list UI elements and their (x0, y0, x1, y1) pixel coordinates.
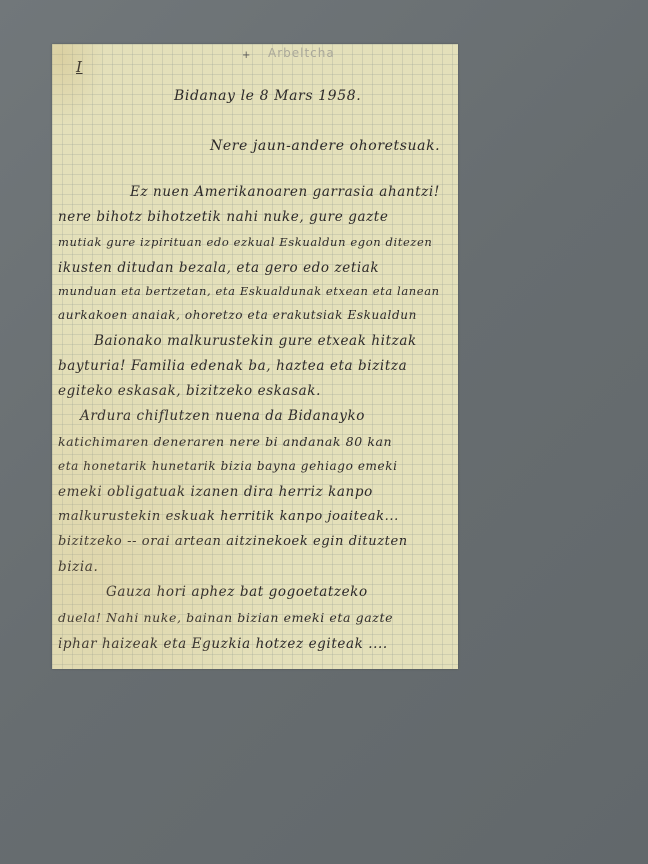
letter-line: eta honetarik hunetarik bizia bayna gehi… (58, 459, 398, 473)
letter-line: bizia. (58, 559, 98, 575)
letter-line: Ardura chiflutzen nuena da Bidanayko (80, 408, 365, 424)
letter-line: egiteko eskasak, bizitzeko eskasak. (58, 383, 321, 399)
letter-line: bayturia! Familia edenak ba, haztea eta … (58, 358, 407, 374)
letter-line: emeki obligatuak izanen dira herriz kanp… (58, 484, 373, 500)
letter-line: Gauza hori aphez bat gogoetatzeko (106, 584, 368, 600)
letter-line: aurkakoen anaiak, ohoretzo eta erakutsia… (58, 308, 417, 322)
letter-salutation: Nere jaun-andere ohoretsuak. (210, 138, 440, 154)
handwritten-letter-page: I + Arbeltcha Bidanay le 8 Mars 1958. Ne… (52, 44, 458, 669)
pencil-annotation: Arbeltcha (268, 46, 335, 60)
letter-line: bizitzeko -- orai artean aitzinekoek egi… (58, 534, 408, 549)
letter-line: iphar haizeak eta Eguzkia hotzez egiteak… (58, 636, 388, 652)
letter-line: nere bihotz bihotzetik nahi nuke, gure g… (58, 209, 388, 225)
pencil-cross-mark: + (242, 50, 251, 61)
letter-line: ikusten ditudan bezala, eta gero edo zet… (58, 260, 379, 276)
letter-line: Ez nuen Amerikanoaren garrasia ahantzi! (130, 184, 440, 200)
page-number: I (76, 58, 83, 76)
letter-dateline: Bidanay le 8 Mars 1958. (174, 88, 361, 104)
letter-line: munduan eta bertzetan, eta Eskualdunak e… (58, 284, 440, 298)
letter-line: malkurustekin eskuak herritik kanpo joai… (58, 509, 399, 524)
letter-line: mutiak gure izpirituan edo ezkual Eskual… (58, 235, 432, 249)
letter-line: katichimaren deneraren nere bi andanak 8… (58, 434, 392, 449)
letter-line: Baionako malkurustekin gure etxeak hitza… (94, 333, 417, 349)
letter-line: duela! Nahi nuke, bainan bizian emeki et… (58, 610, 393, 625)
